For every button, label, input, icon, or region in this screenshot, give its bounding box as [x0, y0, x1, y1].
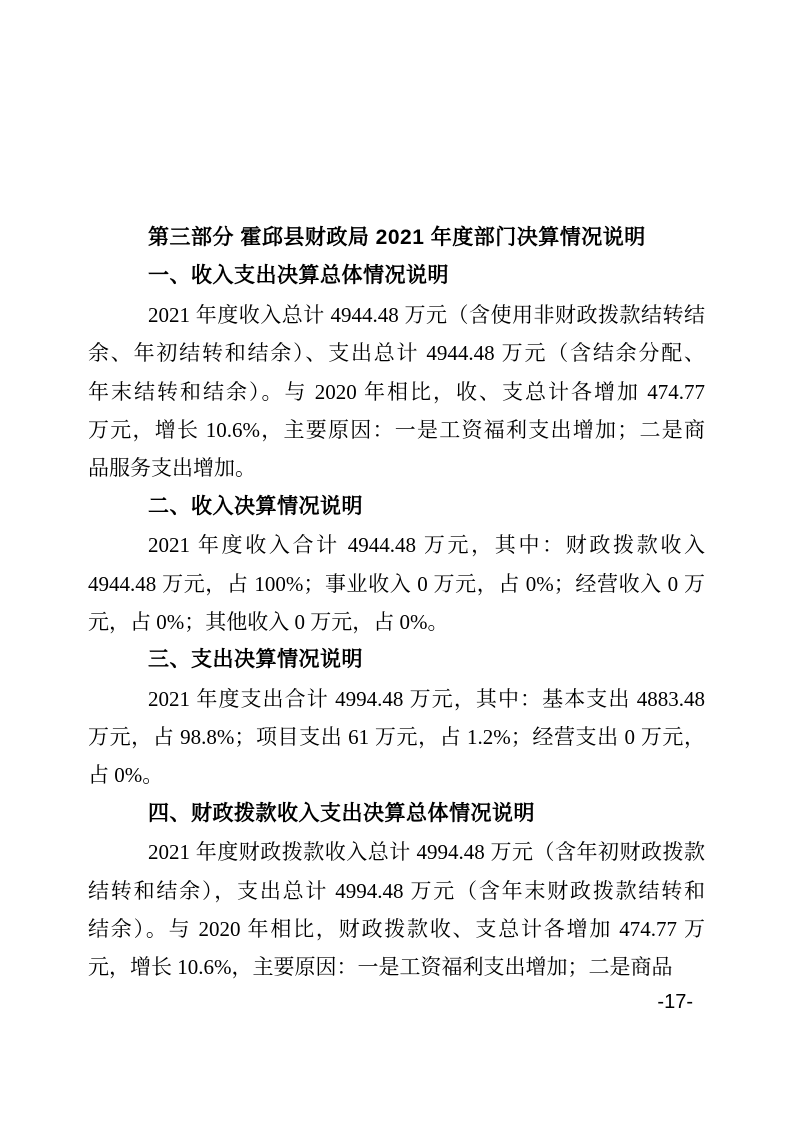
paragraph: 2021 年度财政拨款收入总计 4994.48 万元（含年初财政拨款结转和结余）…: [88, 833, 705, 987]
text-line: 万元，占 98.8%；项目支出 61 万元，占 1.2%；经营支出 0 万元，: [88, 718, 705, 756]
text-line: 年末结转和结余）。与 2020 年相比，收、支总计各增加 474.77: [88, 373, 705, 411]
text-line: 余、年初结转和结余）、支出总计 4944.48 万元（含结余分配、: [88, 334, 705, 372]
section: 二、收入决算情况说明2021 年度收入合计 4944.48 万元，其中：财政拨款…: [88, 488, 705, 642]
section: 一、收入支出决算总体情况说明2021 年度收入总计 4944.48 万元（含使用…: [88, 257, 705, 487]
paragraph: 2021 年度支出合计 4994.48 万元，其中：基本支出 4883.48万元…: [88, 680, 705, 795]
document-content: 第三部分 霍邱县财政局 2021 年度部门决算情况说明 一、收入支出决算总体情况…: [88, 219, 705, 987]
section-heading: 二、收入决算情况说明: [88, 488, 705, 526]
text-line: 元，占 0%；其他收入 0 万元，占 0%。: [88, 603, 705, 641]
text-line: 结余）。与 2020 年相比，财政拨款收、支总计各增加 474.77 万: [88, 910, 705, 948]
text-line: 品服务支出增加。: [88, 449, 705, 487]
sections-container: 一、收入支出决算总体情况说明2021 年度收入总计 4944.48 万元（含使用…: [88, 257, 705, 986]
text-line: 4944.48 万元，占 100%；事业收入 0 万元，占 0%；经营收入 0 …: [88, 565, 705, 603]
text-line: 2021 年度支出合计 4994.48 万元，其中：基本支出 4883.48: [88, 680, 705, 718]
text-line: 万元，增长 10.6%，主要原因：一是工资福利支出增加；二是商: [88, 411, 705, 449]
section: 三、支出决算情况说明2021 年度支出合计 4994.48 万元，其中：基本支出…: [88, 641, 705, 795]
text-line: 结转和结余），支出总计 4994.48 万元（含年末财政拨款结转和: [88, 872, 705, 910]
section-heading: 三、支出决算情况说明: [88, 641, 705, 679]
text-line: 2021 年度收入总计 4944.48 万元（含使用非财政拨款结转结: [88, 296, 705, 334]
section: 四、财政拨款收入支出决算总体情况说明2021 年度财政拨款收入总计 4994.4…: [88, 795, 705, 987]
text-line: 元，增长 10.6%，主要原因：一是工资福利支出增加；二是商品: [88, 948, 705, 986]
section-heading: 四、财政拨款收入支出决算总体情况说明: [88, 795, 705, 833]
paragraph: 2021 年度收入合计 4944.48 万元，其中：财政拨款收入4944.48 …: [88, 526, 705, 641]
page-number: -17-: [657, 991, 693, 1014]
paragraph: 2021 年度收入总计 4944.48 万元（含使用非财政拨款结转结余、年初结转…: [88, 296, 705, 488]
text-line: 2021 年度财政拨款收入总计 4994.48 万元（含年初财政拨款: [88, 833, 705, 871]
text-line: 2021 年度收入合计 4944.48 万元，其中：财政拨款收入: [88, 526, 705, 564]
section-heading: 一、收入支出决算总体情况说明: [88, 257, 705, 295]
text-line: 占 0%。: [88, 756, 705, 794]
document-title: 第三部分 霍邱县财政局 2021 年度部门决算情况说明: [88, 219, 705, 257]
document-page: 第三部分 霍邱县财政局 2021 年度部门决算情况说明 一、收入支出决算总体情况…: [0, 0, 793, 1122]
